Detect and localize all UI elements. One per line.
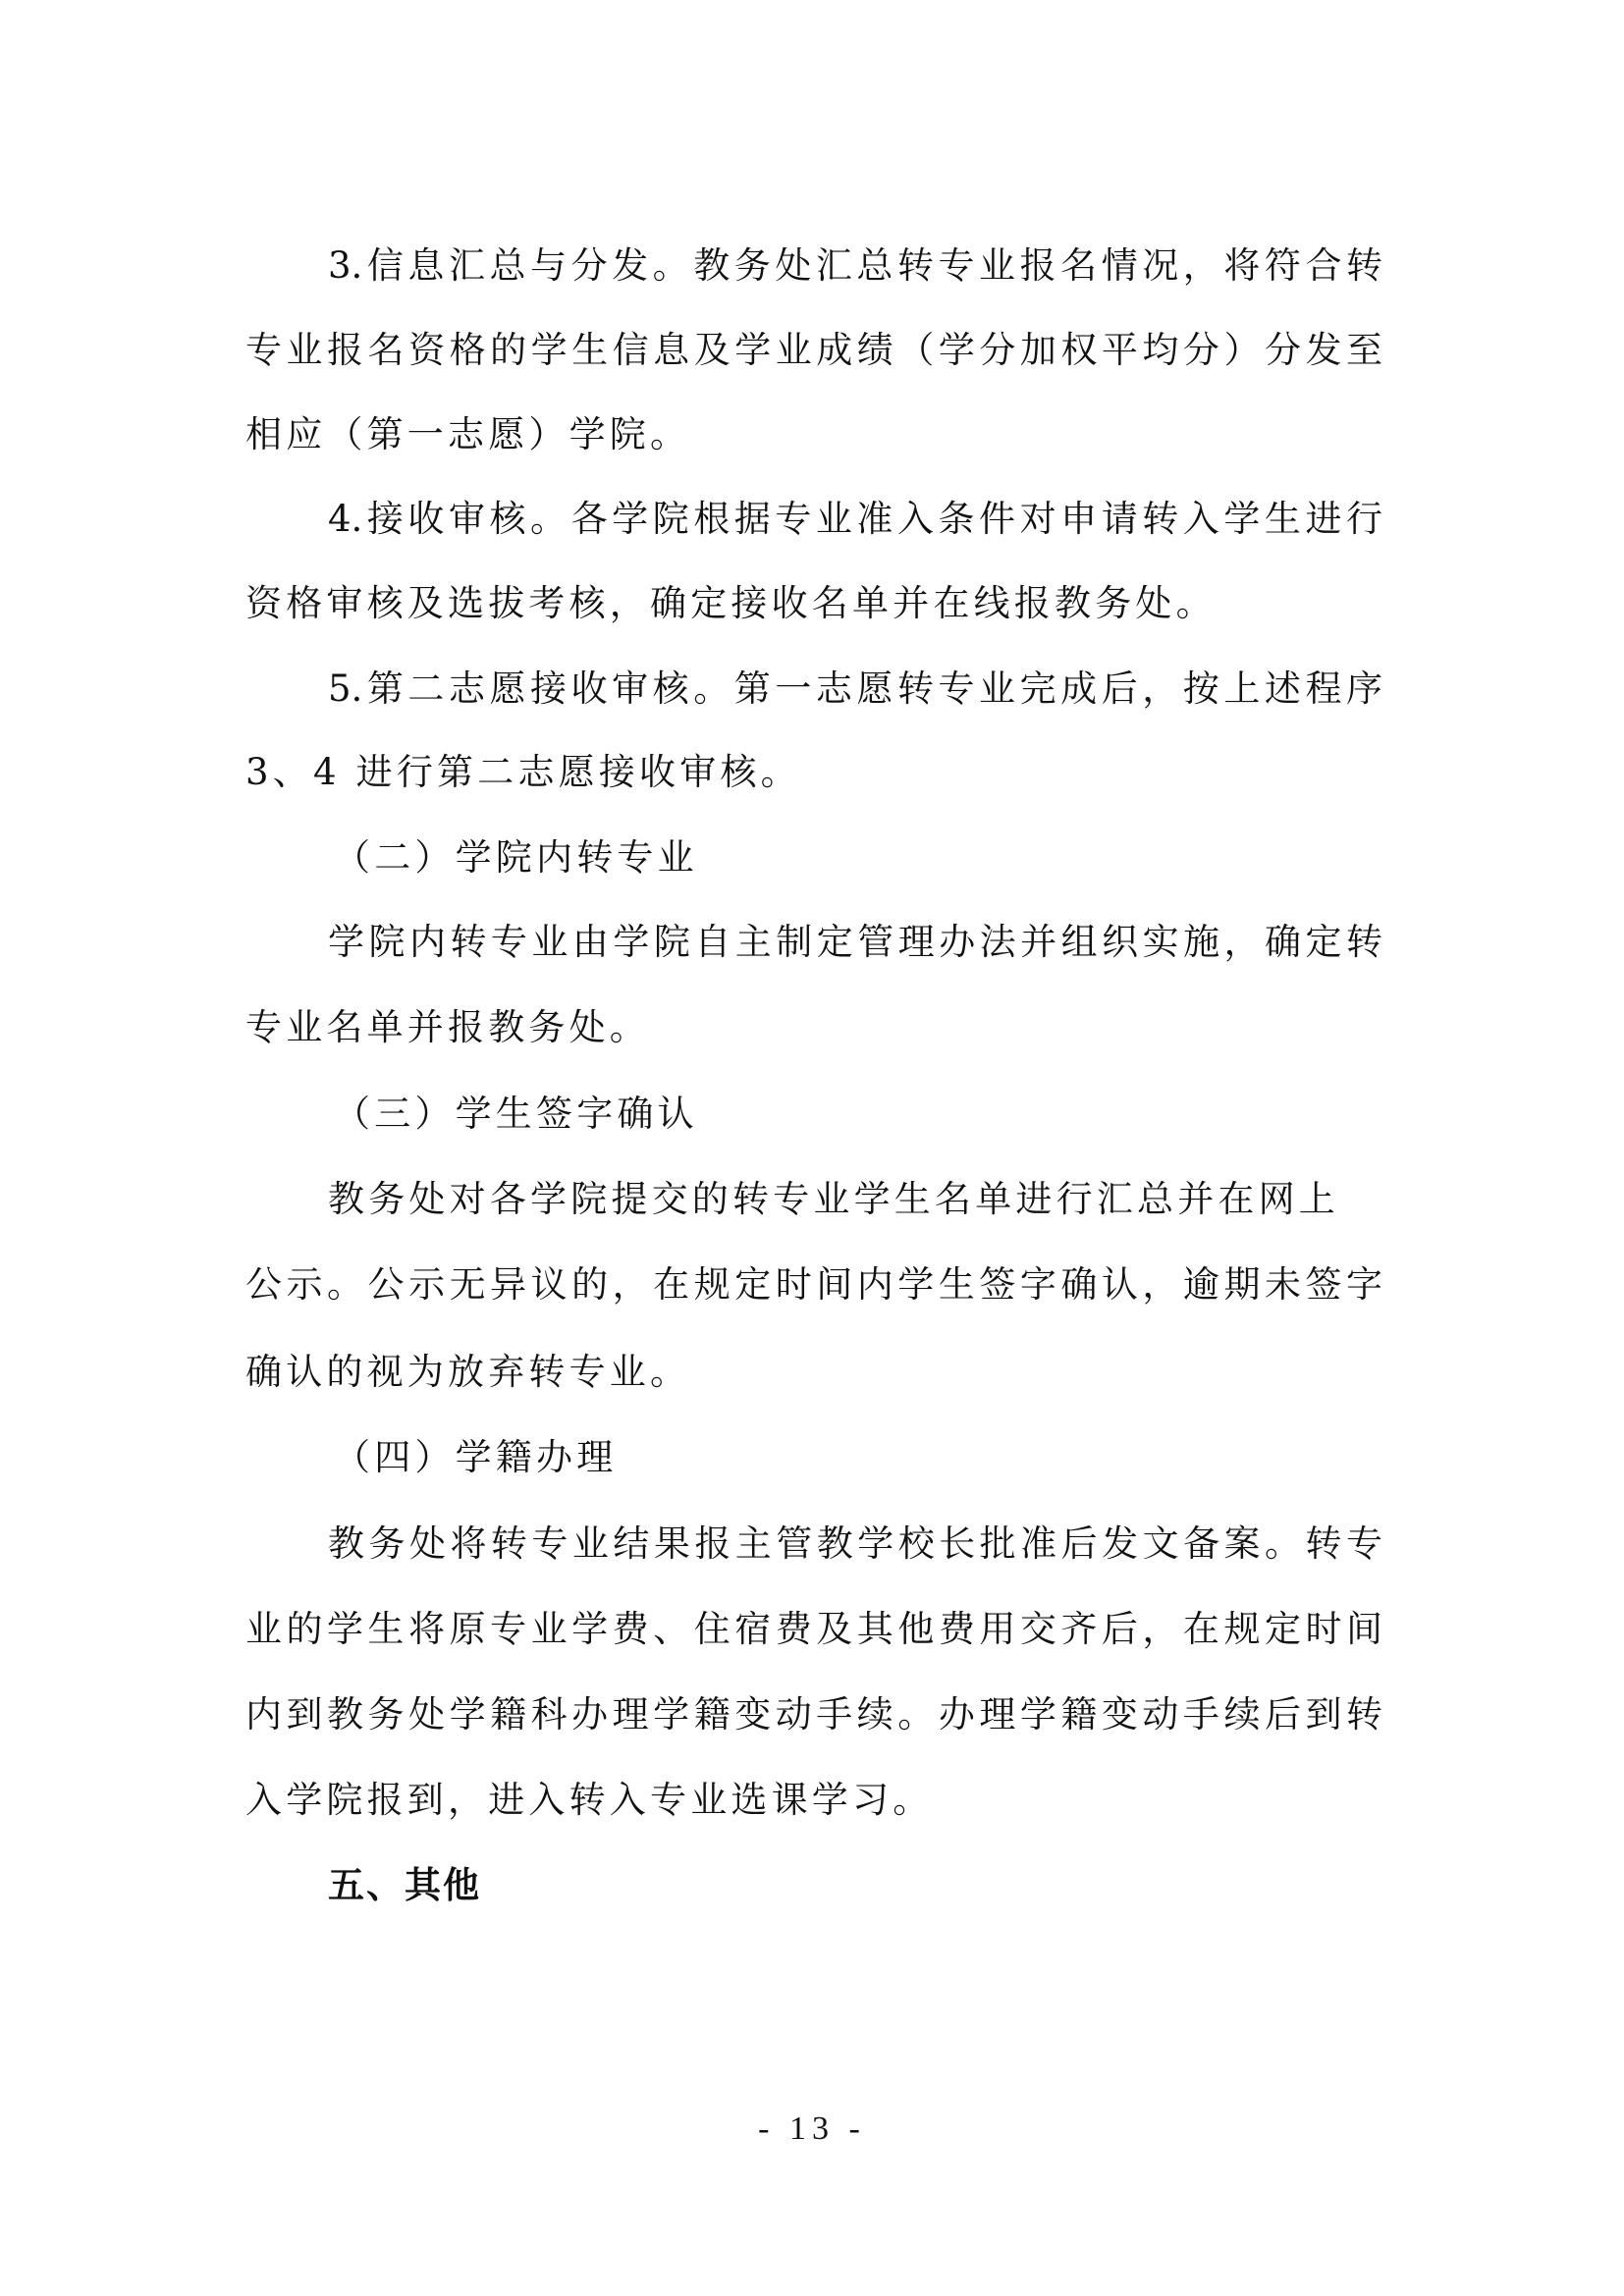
- paragraph-line: 专业名单并报教务处。: [245, 1003, 650, 1052]
- paragraph-line: 教务处对各学院提交的转专业学生名单进行汇总并在网上: [328, 1175, 1339, 1224]
- paragraph-line: 3、4 进行第二志愿接收审核。: [245, 748, 801, 797]
- document-page: 3.信息汇总与分发。教务处汇总转专业报名情况，将符合转 专业报名资格的学生信息及…: [0, 0, 1624, 2296]
- section-heading-other: 五、其他: [328, 1861, 481, 1910]
- paragraph-line: 学院内转专业由学院自主制定管理办法并组织实施，确定转: [328, 918, 1382, 967]
- page-number: - 13 -: [0, 2110, 1624, 2148]
- paragraph-line: 4.接收审核。各学院根据专业准入条件对申请转入学生进行: [328, 495, 1382, 544]
- subheading-student-signature: （三）学生签字确认: [334, 1090, 698, 1139]
- paragraph-line: 业的学生将原专业学费、住宿费及其他费用交齐后，在规定时间: [245, 1605, 1382, 1654]
- paragraph-line: 5.第二志愿接收审核。第一志愿转专业完成后，按上述程序: [328, 665, 1382, 714]
- paragraph-line: 公示。公示无异议的，在规定时间内学生签字确认，逾期未签字: [245, 1260, 1382, 1309]
- paragraph-line: 入学院报到，进入转入专业选课学习。: [245, 1776, 933, 1825]
- paragraph-line: 内到教务处学籍科办理学籍变动手续。办理学籍变动手续后到转: [245, 1690, 1382, 1739]
- paragraph-line: 确认的视为放弃转专业。: [245, 1348, 690, 1397]
- subheading-enrollment-processing: （四）学籍办理: [334, 1433, 617, 1482]
- paragraph-line: 3.信息汇总与分发。教务处汇总转专业报名情况，将符合转: [328, 241, 1382, 291]
- paragraph-line: 专业报名资格的学生信息及学业成绩（学分加权平均分）分发至: [245, 326, 1382, 375]
- paragraph-line: 相应（第一志愿）学院。: [245, 410, 690, 459]
- paragraph-line: 资格审核及选拔考核，确定接收名单并在线报教务处。: [245, 579, 1217, 628]
- subheading-internal-transfer: （二）学院内转专业: [334, 833, 698, 882]
- paragraph-line: 教务处将转专业结果报主管教学校长批准后发文备案。转专: [328, 1520, 1382, 1569]
